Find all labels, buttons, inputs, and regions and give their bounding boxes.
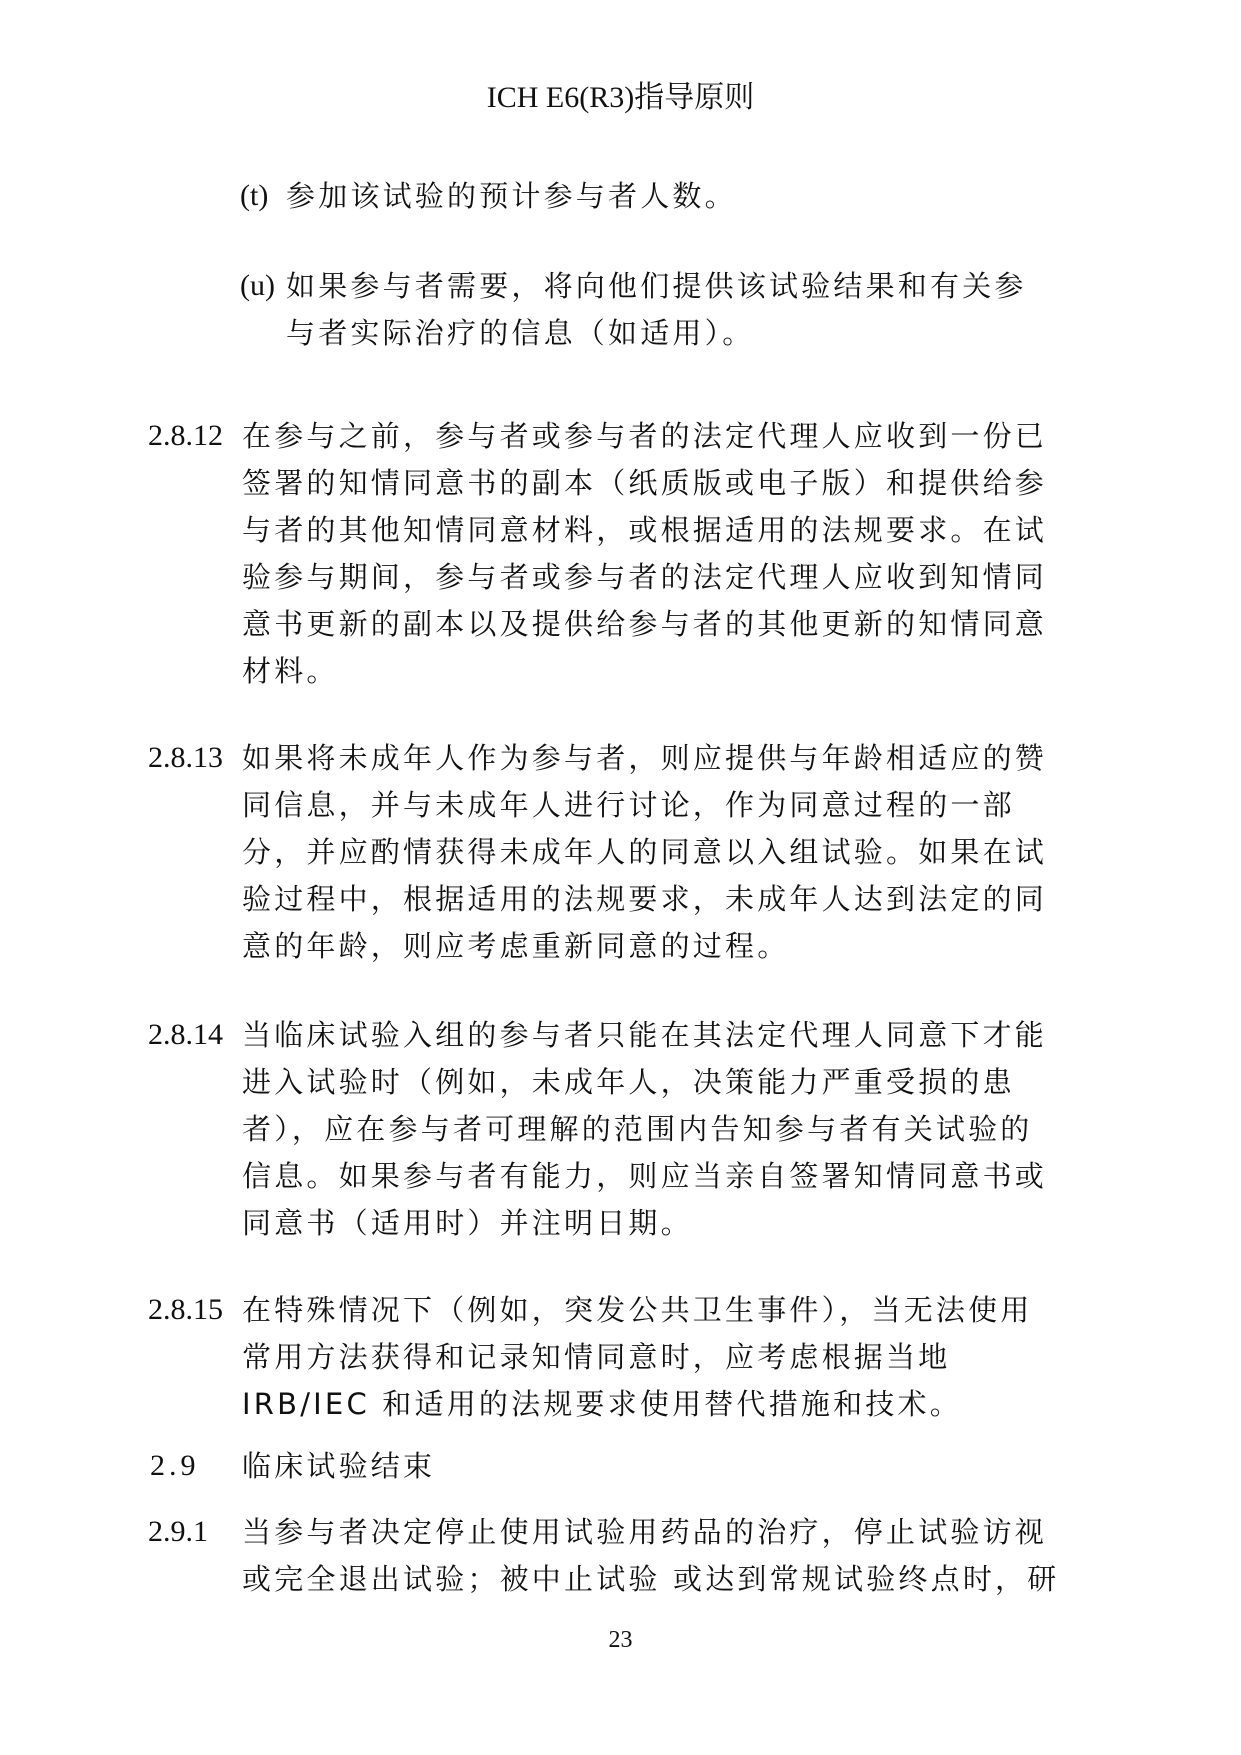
document-page: ICH E6(R3)指导原则 (t) 参加该试验的预计参与者人数。 (u) 如果… <box>0 0 1241 1755</box>
page-number: 23 <box>0 1627 1241 1654</box>
section-text: 与者的其他知情同意材料，或根据适用的法规要求。在试 <box>242 510 1047 550</box>
list-item-label: (t) <box>240 176 268 216</box>
section-text: 在特殊情况下（例如，突发公共卫生事件），当无法使用 <box>242 1290 1033 1330</box>
list-item-label: (u) <box>240 266 275 306</box>
section-text: 意书更新的副本以及提供给参与者的其他更新的知情同意 <box>242 604 1047 644</box>
list-item-text: 与者实际治疗的信息（如适用）。 <box>286 313 755 353</box>
section-text: 同信息，并与未成年人进行讨论，作为同意过程的一部 <box>242 785 1015 825</box>
section-number: 2.8.14 <box>148 1015 223 1055</box>
section-number: 2.8.15 <box>148 1290 223 1330</box>
section-text: 或完全退出试验；被中止试验 或达到常规试验终点时，研 <box>242 1559 1059 1599</box>
section-text: 签署的知情同意书的副本（纸质版或电子版）和提供给参 <box>242 463 1047 503</box>
section-number: 2.8.13 <box>148 738 223 778</box>
list-item-text: 参加该试验的预计参与者人数。 <box>286 176 737 216</box>
section-heading-number: 2.9 <box>150 1446 200 1486</box>
section-text: 者），应在参与者可理解的范围内告知参与者有关试验的 <box>242 1109 1033 1149</box>
section-text: 如果将未成年人作为参与者，则应提供与年龄相适应的赞 <box>242 738 1047 778</box>
section-text: 当参与者决定停止使用试验用药品的治疗，停止试验访视 <box>242 1512 1047 1552</box>
section-text: 信息。如果参与者有能力，则应当亲自签署知情同意书或 <box>242 1156 1047 1196</box>
section-text: 材料。 <box>242 651 339 691</box>
section-text: 验过程中，根据适用的法规要求，未成年人达到法定的同 <box>242 879 1047 919</box>
section-text: 在参与之前，参与者或参与者的法定代理人应收到一份已 <box>242 416 1047 456</box>
page-header-title: ICH E6(R3)指导原则 <box>0 78 1241 118</box>
section-text: 同意书（适用时）并注明日期。 <box>242 1203 693 1243</box>
section-text: 常用方法获得和记录知情同意时，应考虑根据当地 <box>242 1337 950 1377</box>
section-text: 当临床试验入组的参与者只能在其法定代理人同意下才能 <box>242 1015 1047 1055</box>
section-number: 2.9.1 <box>148 1512 208 1552</box>
section-number: 2.8.12 <box>148 416 223 456</box>
section-text: 进入试验时（例如，未成年人，决策能力严重受损的患 <box>242 1062 1015 1102</box>
section-text: IRB/IEC 和适用的法规要求使用替代措施和技术。 <box>242 1384 962 1424</box>
section-heading-title: 临床试验结束 <box>242 1446 435 1486</box>
list-item-text: 如果参与者需要，将向他们提供该试验结果和有关参 <box>286 266 1027 306</box>
section-text: 意的年龄，则应考虑重新同意的过程。 <box>242 926 789 966</box>
section-text: 验参与期间，参与者或参与者的法定代理人应收到知情同 <box>242 557 1047 597</box>
section-text: 分，并应酌情获得未成年人的同意以入组试验。如果在试 <box>242 832 1047 872</box>
